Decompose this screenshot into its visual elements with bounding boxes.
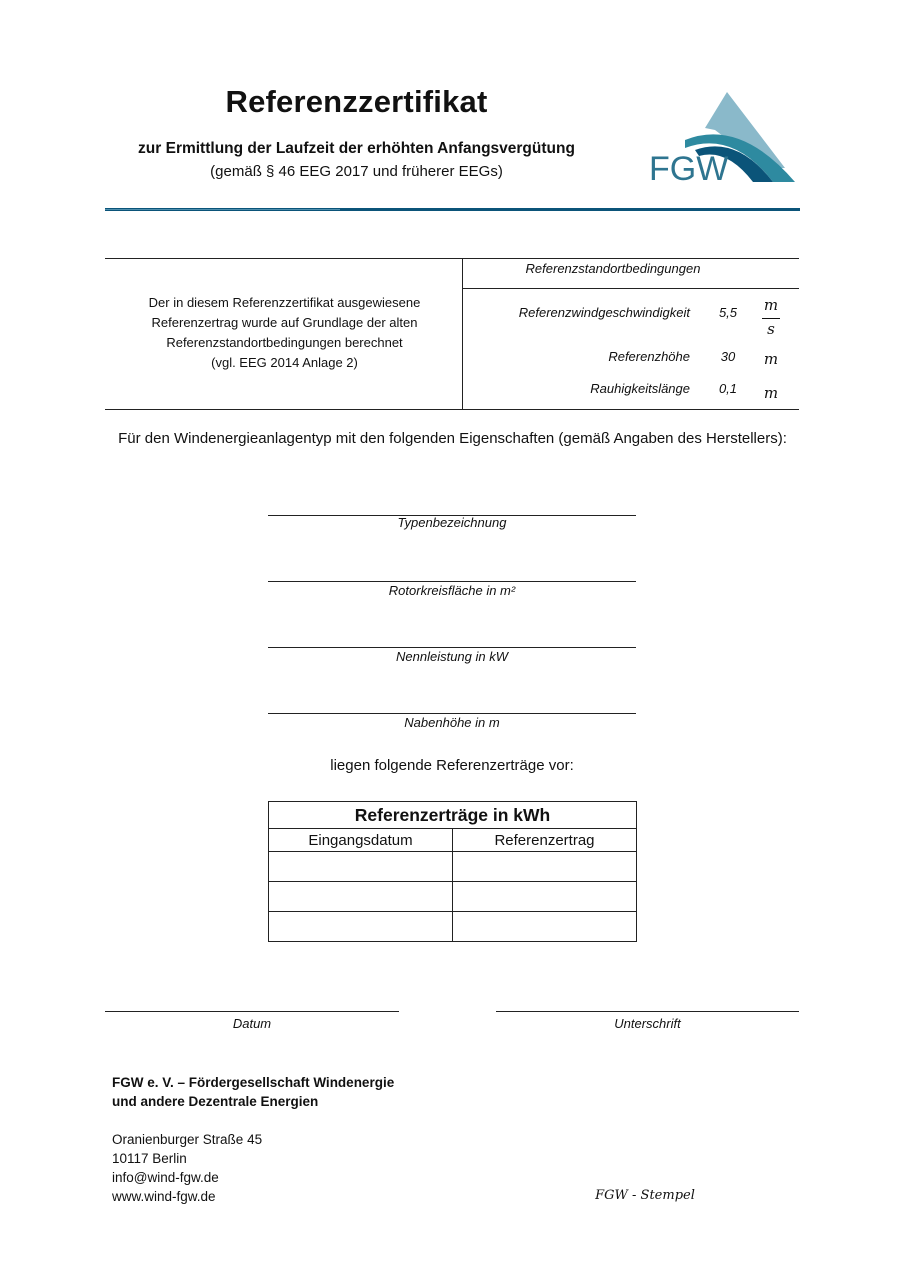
wind-speed-unit-numerator: m xyxy=(758,296,784,314)
header-divider xyxy=(105,208,800,211)
fraction-bar xyxy=(762,318,780,319)
wind-speed-label: Referenzwindgeschwindigkeit xyxy=(519,305,690,320)
date-cell[interactable] xyxy=(269,882,453,912)
reference-height-value: 30 xyxy=(708,349,748,364)
roughness-unit: m xyxy=(758,384,784,402)
date-signature-line[interactable] xyxy=(105,1011,399,1012)
yield-lead-text: liegen folgende Referenzerträge vor: xyxy=(268,757,636,774)
rotor-area-label: Rotorkreisfläche in m² xyxy=(268,583,636,598)
reference-height-unit: m xyxy=(758,350,784,368)
yield-cell[interactable] xyxy=(453,852,637,882)
note-line: Referenzertrag wurde auf Grundlage der a… xyxy=(112,313,457,333)
city: 10117 Berlin xyxy=(112,1149,262,1168)
type-designation-label: Typenbezeichnung xyxy=(268,515,636,530)
reference-yield-table: Referenzerträge in kWh Eingangsdatum Ref… xyxy=(268,801,637,942)
table-row xyxy=(269,852,637,882)
turbine-intro-text: Für den Windenergieanlagentyp mit den fo… xyxy=(105,430,800,447)
document-title: Referenzzertifikat xyxy=(105,84,608,120)
conditions-title: Referenzstandortbedingungen xyxy=(463,261,763,276)
hub-height-field[interactable] xyxy=(268,713,636,714)
date-cell[interactable] xyxy=(269,912,453,942)
signature-line[interactable] xyxy=(496,1011,799,1012)
box-border-bottom xyxy=(105,409,799,410)
hub-height-label: Nabenhöhe in m xyxy=(268,715,636,730)
table-row xyxy=(269,912,637,942)
fgw-logo-icon: FGW xyxy=(645,90,800,188)
table-row xyxy=(269,882,637,912)
organization-name: FGW e. V. – Fördergesellschaft Windenerg… xyxy=(112,1073,394,1111)
org-line: und andere Dezentrale Energien xyxy=(112,1092,394,1111)
column-header-date: Eingangsdatum xyxy=(269,829,453,852)
wind-speed-value: 5,5 xyxy=(708,305,748,320)
rated-power-field[interactable] xyxy=(268,647,636,648)
box-header-rule xyxy=(462,288,799,289)
stamp-label: FGW - Stempel xyxy=(580,1188,710,1203)
signature-label: Unterschrift xyxy=(496,1016,799,1031)
rated-power-label: Nennleistung in kW xyxy=(268,649,636,664)
yield-table-caption: Referenzerträge in kWh xyxy=(269,802,637,829)
conditions-note: Der in diesem Referenzzertifikat ausgewi… xyxy=(112,293,457,373)
note-line: (vgl. EEG 2014 Anlage 2) xyxy=(112,353,457,373)
roughness-value: 0,1 xyxy=(708,381,748,396)
wind-speed-unit-denominator: s xyxy=(758,320,784,338)
email: info@wind-fgw.de xyxy=(112,1168,262,1187)
svg-text:FGW: FGW xyxy=(649,150,728,188)
reference-height-label: Referenzhöhe xyxy=(608,349,690,364)
yield-cell[interactable] xyxy=(453,912,637,942)
date-label: Datum xyxy=(105,1016,399,1031)
box-border-top xyxy=(105,258,799,259)
organization-address: Oranienburger Straße 45 10117 Berlin inf… xyxy=(112,1130,262,1206)
note-line: Referenzstandortbedingungen berechnet xyxy=(112,333,457,353)
yield-cell[interactable] xyxy=(453,882,637,912)
org-line: FGW e. V. – Fördergesellschaft Windenerg… xyxy=(112,1073,394,1092)
document-subtitle: zur Ermittlung der Laufzeit der erhöhten… xyxy=(105,140,608,158)
roughness-label: Rauhigkeitslänge xyxy=(590,381,690,396)
fgw-logo: FGW xyxy=(645,90,800,188)
date-cell[interactable] xyxy=(269,852,453,882)
website: www.wind-fgw.de xyxy=(112,1187,262,1206)
street: Oranienburger Straße 45 xyxy=(112,1130,262,1149)
legal-basis: (gemäß § 46 EEG 2017 und früherer EEGs) xyxy=(105,163,608,180)
box-divider xyxy=(462,258,463,410)
note-line: Der in diesem Referenzzertifikat ausgewi… xyxy=(112,293,457,313)
column-header-yield: Referenzertrag xyxy=(453,829,637,852)
rotor-area-field[interactable] xyxy=(268,581,636,582)
